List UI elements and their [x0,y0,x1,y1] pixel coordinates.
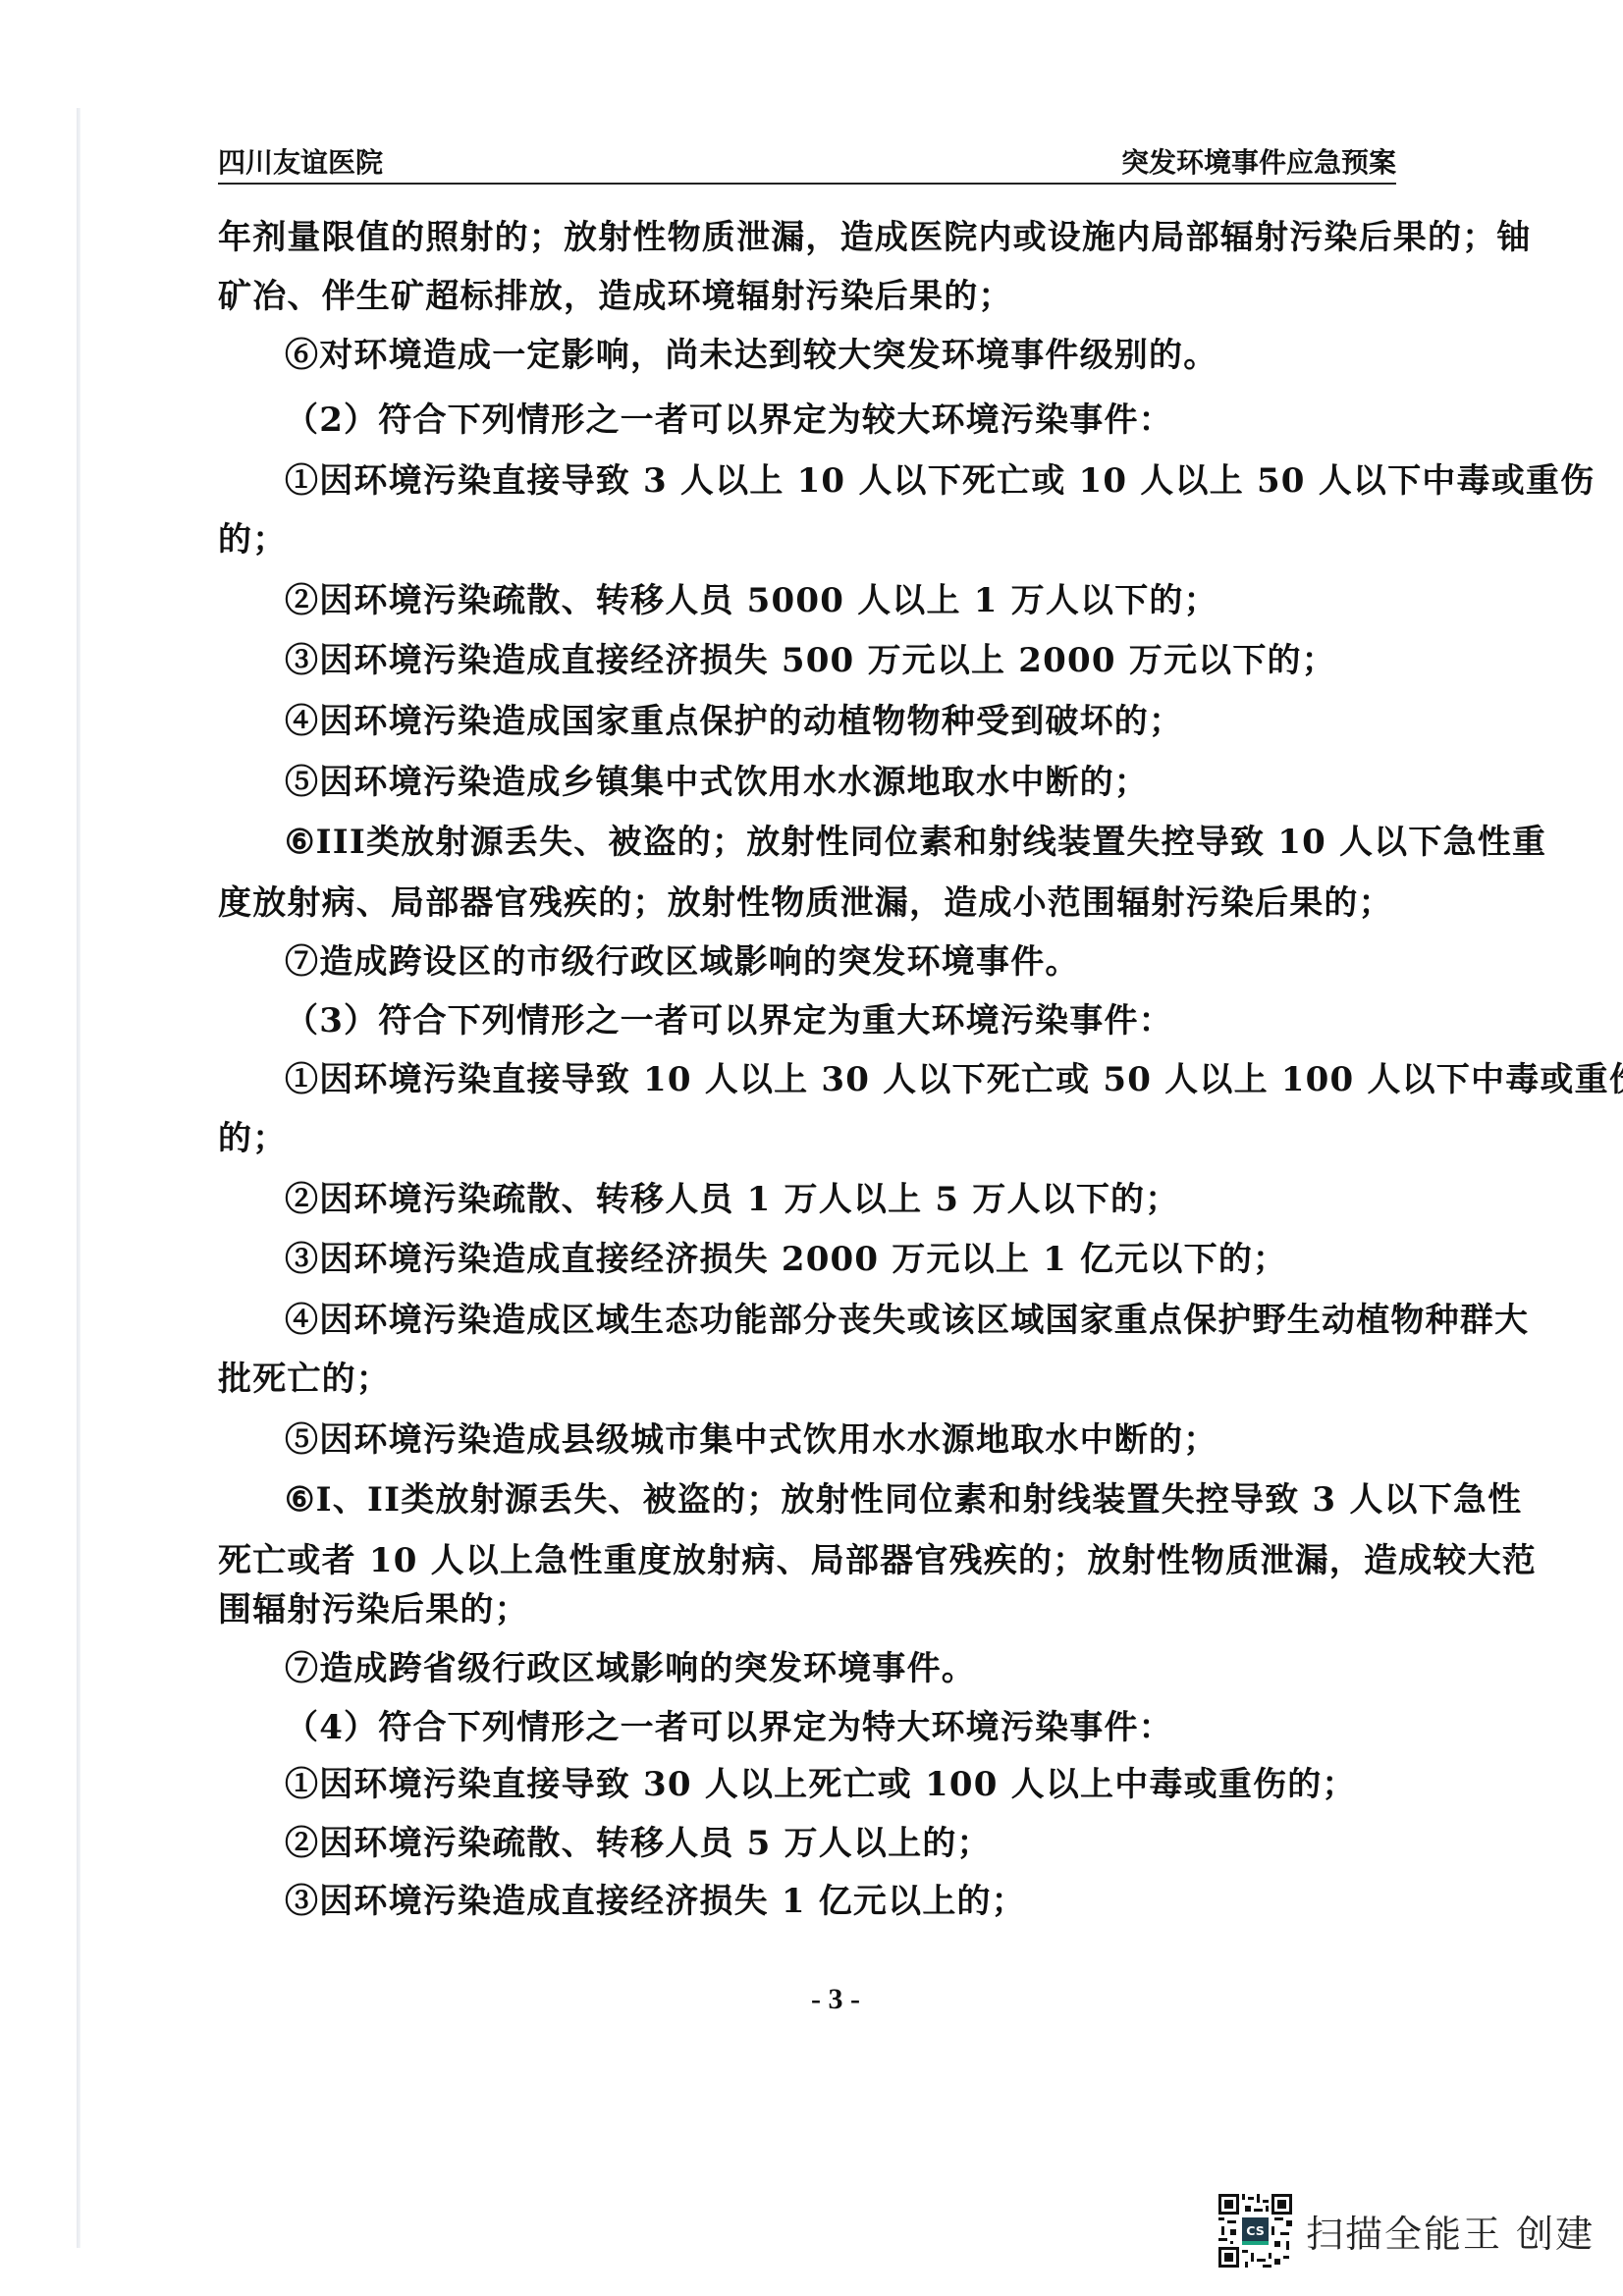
text-line: ③因环境污染造成直接经济损失 1 亿元以上的； [285,1882,1473,1921]
text-line: 度放射病、局部器官残疾的；放射性物质泄漏，造成小范围辐射污染后果的； [218,883,1406,923]
text-line: 的； [218,520,1406,560]
text-line: ⑦造成跨省级行政区域影响的突发环境事件。 [285,1649,1473,1688]
text-line: ⑦造成跨设区的市级行政区域影响的突发环境事件。 [285,942,1473,982]
text-line: ②因环境污染疏散、转移人员 5 万人以上的； [285,1824,1473,1863]
scanner-watermark: CS 扫描全能王 创建 [1218,2194,1595,2268]
text-line: ③因环境污染造成直接经济损失 2000 万元以上 1 亿元以下的； [285,1240,1473,1279]
page-number: - 3 - [811,1983,860,2016]
header-hospital-name: 四川友谊医院 [218,141,383,181]
text-line: ⑤因环境污染造成县级城市集中式饮用水水源地取水中断的； [285,1420,1473,1460]
text-line: ②因环境污染疏散、转移人员 1 万人以上 5 万人以下的； [285,1180,1473,1219]
text-line: （2）符合下列情形之一者可以界定为较大环境污染事件： [285,400,1473,440]
text-line: ①因环境污染直接导致 3 人以上 10 人以下死亡或 10 人以上 50 人以下… [285,461,1473,501]
text-line: ①因环境污染直接导致 30 人以上死亡或 100 人以上中毒或重伤的； [285,1765,1473,1804]
page-header: 四川友谊医院 突发环境事件应急预案 [218,147,1396,185]
text-line: ②因环境污染疏散、转移人员 5000 人以上 1 万人以下的； [285,581,1473,620]
text-line: （3）符合下列情形之一者可以界定为重大环境污染事件： [285,1001,1473,1041]
text-line: ⑤因环境污染造成乡镇集中式饮用水水源地取水中断的； [285,763,1473,802]
text-line: ③因环境污染造成直接经济损失 500 万元以上 2000 万元以下的； [285,641,1473,680]
svg-text:CS: CS [1246,2223,1265,2238]
text-line: ①因环境污染直接导致 10 人以上 30 人以下死亡或 50 人以上 100 人… [285,1060,1473,1099]
text-line: 年剂量限值的照射的；放射性物质泄漏，造成医院内或设施内局部辐射污染后果的；铀 [218,218,1406,257]
text-line: （4）符合下列情形之一者可以界定为特大环境污染事件： [285,1708,1473,1747]
text-line: ④因环境污染造成区域生态功能部分丧失或该区域国家重点保护野生动植物种群大 [285,1301,1473,1340]
text-line: ④因环境污染造成国家重点保护的动植物物种受到破坏的； [285,702,1473,741]
text-line: 围辐射污染后果的； [218,1590,1406,1629]
text-line: ⑥III类放射源丢失、被盗的；放射性同位素和射线装置失控导致 10 人以下急性重 [285,823,1473,862]
text-line: 矿冶、伴生矿超标排放，造成环境辐射污染后果的； [218,277,1406,316]
header-document-title: 突发环境事件应急预案 [1121,141,1396,181]
qr-code-icon: CS [1218,2194,1292,2268]
text-line: ⑥对环境造成一定影响，尚未达到较大突发环境事件级别的。 [285,336,1473,375]
text-line: 死亡或者 10 人以上急性重度放射病、局部器官残疾的；放射性物质泄漏，造成较大范 [218,1541,1406,1580]
text-line: 批死亡的； [218,1360,1406,1399]
scan-edge-shadow [77,108,81,2248]
text-line: ⑥I、II类放射源丢失、被盗的；放射性同位素和射线装置失控导致 3 人以下急性 [285,1480,1473,1520]
watermark-text: 扫描全能王 创建 [1306,2204,1595,2258]
text-line: 的； [218,1119,1406,1158]
